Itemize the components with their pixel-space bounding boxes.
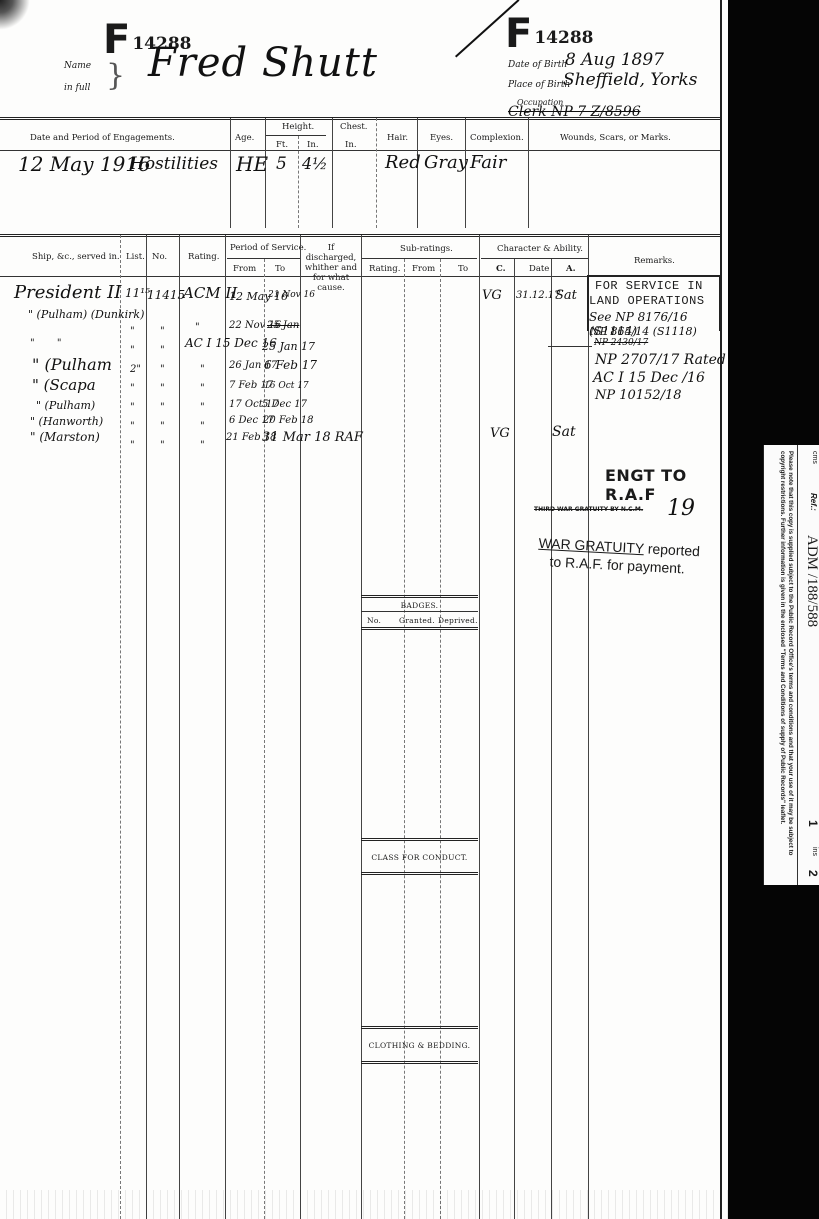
stamp-letter: F xyxy=(505,14,532,54)
remarks-np-5: AC I 15 Dec /16 xyxy=(593,370,705,386)
engagement-period: Hostilities xyxy=(130,154,218,174)
service-row-to: 31 Mar 18 RAF xyxy=(262,430,363,445)
gratuity-number: 19 xyxy=(667,496,695,521)
col-line xyxy=(588,235,589,1219)
character-a: Sat xyxy=(555,288,577,303)
remarks-arrow xyxy=(548,346,592,347)
service-row-to: 21 Nov 16 xyxy=(268,290,315,300)
stamp-line-1: FOR SERVICE IN xyxy=(595,279,703,293)
name-label: Name in full xyxy=(64,55,91,99)
col-line xyxy=(551,259,552,1219)
scan-noise-bottom xyxy=(0,1190,728,1219)
service-table-top xyxy=(0,234,720,237)
header-eyes: Eyes. xyxy=(430,133,453,143)
header-c: C. xyxy=(496,264,506,274)
service-row-to: 5 Dec 17 xyxy=(262,399,307,410)
page-edge-line xyxy=(720,0,722,1219)
header-no: No. xyxy=(152,252,167,262)
remarks-np-6: NP 10152/18 xyxy=(595,388,682,403)
stamp-line-2: LAND OPERATIONS xyxy=(589,294,705,308)
sticker-ref-label: Ref.: xyxy=(809,493,818,511)
col-line xyxy=(298,136,299,228)
engagement-table-top xyxy=(0,117,720,120)
header-complexion: Complexion. xyxy=(470,133,524,143)
col-line xyxy=(404,259,405,1219)
ditto-marks: " " 2" " " " " xyxy=(130,322,141,455)
header-sub-rating: Rating. xyxy=(369,264,400,274)
header-sub-to: To xyxy=(458,264,468,274)
conduct-bottom xyxy=(361,872,478,875)
ditto-marks: " " " " " " " xyxy=(160,322,165,455)
remarks-np-2: NP 865/14 (S1118) xyxy=(590,325,697,338)
age-value: HE xyxy=(236,152,268,176)
stamp-right: F 14288 xyxy=(505,14,593,54)
remarks-np-3: NP 2430/17 xyxy=(594,338,648,348)
service-row-ship: " (Hanworth) xyxy=(30,415,103,428)
brace: } xyxy=(106,58,125,93)
sticker-cms: cms xyxy=(811,451,818,464)
character-c: VG xyxy=(482,288,502,303)
clothing-bottom xyxy=(361,1061,478,1064)
sticker-notice: Please note that this copy is supplied s… xyxy=(778,451,794,881)
character-a: Sat xyxy=(552,424,576,440)
height-in-value: 4½ xyxy=(302,154,328,173)
hair-value: Red xyxy=(385,152,421,173)
service-row-to: 20 Feb 18 xyxy=(263,415,314,426)
col-line xyxy=(528,118,529,228)
sticker-mark-2: 2 xyxy=(806,870,819,877)
clothing-top xyxy=(361,1026,478,1029)
header-period: Period of Service. xyxy=(230,243,306,253)
header-rating: Rating. xyxy=(188,252,219,262)
sticker-ins: ins xyxy=(811,847,818,856)
service-row-ship: " (Pulham) xyxy=(36,399,95,412)
character-date: 31.12.17 xyxy=(516,290,561,301)
col-line xyxy=(417,118,418,228)
header-date: Date xyxy=(529,264,549,274)
archive-reference-sticker: cms Ref.: ADM /188/588 1 ins 2 Please no… xyxy=(763,445,819,885)
gratuity-struck: THIRD WAR GRATUITY BY N.C.M. xyxy=(534,506,643,513)
header-ft: Ft. xyxy=(276,140,288,150)
war-gratuity-stamp: WAR GRATUITY reported to R.A.F. for paym… xyxy=(537,534,700,578)
header-chest-in: In. xyxy=(345,140,357,150)
badges-no: No. xyxy=(367,616,381,625)
scan-corner-shadow xyxy=(0,0,30,30)
col-line xyxy=(146,235,147,1219)
dob-value: 8 Aug 1897 xyxy=(565,50,664,70)
badges-mid xyxy=(361,611,478,612)
subratings-underline xyxy=(362,258,477,259)
service-row-no: 11415 xyxy=(147,288,185,302)
ditto-marks: " " " " " xyxy=(200,360,205,455)
height-ft-value: 5 xyxy=(276,154,287,174)
service-row-rating: " xyxy=(195,322,200,333)
col-line xyxy=(465,118,466,228)
col-line xyxy=(514,259,515,1219)
eyes-value: Gray xyxy=(424,152,468,173)
header-subratings: Sub-ratings. xyxy=(400,244,453,254)
service-header-divider xyxy=(0,276,590,277)
header-in: In. xyxy=(307,140,319,150)
engagement-header-divider xyxy=(0,150,720,151)
header-age: Age. xyxy=(235,133,254,143)
character-underline xyxy=(481,258,588,259)
sticker-mark-1: 1 xyxy=(806,820,819,827)
stamp-letter: F xyxy=(103,20,130,60)
col-line xyxy=(225,235,226,1219)
complexion-value: Fair xyxy=(470,152,506,173)
service-row-to: 25 Jan xyxy=(267,320,299,331)
header-height: Height. xyxy=(282,122,314,132)
name-value: Fred Shutt xyxy=(148,40,378,86)
clothing-title: CLOTHING & BEDDING. xyxy=(361,1041,478,1050)
header-character: Character & Ability. xyxy=(497,244,583,254)
badges-deprived: Deprived. xyxy=(438,616,478,625)
badges-granted: Granted. xyxy=(399,616,435,625)
header-engagement: Date and Period of Engagements. xyxy=(30,133,175,143)
height-underline xyxy=(266,135,326,136)
col-line xyxy=(440,259,441,1219)
col-line xyxy=(479,235,480,1219)
badges-top xyxy=(361,595,478,598)
sticker-divider xyxy=(797,445,798,885)
service-row-ship: " (Scapa xyxy=(32,376,96,394)
col-line xyxy=(120,235,121,1219)
header-wounds: Wounds, Scars, or Marks. xyxy=(560,133,671,143)
header-hair: Hair. xyxy=(387,133,408,143)
header-list: List. xyxy=(126,252,145,262)
col-line xyxy=(361,235,362,1219)
sticker-ref-value: ADM /188/588 xyxy=(803,535,819,627)
col-line xyxy=(332,118,333,228)
character-c: VG xyxy=(490,426,510,441)
header-from: From xyxy=(233,264,256,274)
service-row-to: 16 Oct 17 xyxy=(264,381,309,391)
service-row-ship: President II xyxy=(14,282,121,303)
badges-title: BADGES. xyxy=(361,601,478,610)
service-row-to: 6 Feb 17 xyxy=(264,358,317,372)
header-sub-from: From xyxy=(412,264,435,274)
col-line xyxy=(179,235,180,1219)
header-chest: Chest. xyxy=(340,122,368,132)
header-to: To xyxy=(275,264,285,274)
service-row-to: 25 Jan 17 xyxy=(262,340,315,353)
header-remarks: Remarks. xyxy=(634,256,675,266)
header-ship: Ship, &c., served in. xyxy=(32,252,120,262)
badges-bottom xyxy=(361,627,478,630)
conduct-title: CLASS FOR CONDUCT. xyxy=(361,853,478,862)
sticker-content: cms Ref.: ADM /188/588 1 ins 2 Please no… xyxy=(764,445,819,885)
service-row-ship: " (Pulham xyxy=(32,355,112,374)
pob-label: Place of Birth xyxy=(508,80,570,90)
remarks-np-4: NP 2707/17 Rated xyxy=(595,352,726,368)
conduct-top xyxy=(361,838,478,841)
service-record-page: F 14288 Name in full } Fred Shutt F 1428… xyxy=(0,0,730,1219)
stamp-number: 14288 xyxy=(534,28,593,48)
header-a: A. xyxy=(566,264,576,274)
service-row-ship: " (Marston) xyxy=(30,430,100,444)
header-discharged: If discharged, whither and for what caus… xyxy=(302,243,360,293)
col-line xyxy=(376,118,377,228)
dob-label: Date of Birth xyxy=(508,60,567,70)
col-line xyxy=(230,118,231,228)
service-row-ship: " (Pulham) (Dunkirk) xyxy=(28,308,144,321)
pob-value: Sheffield, Yorks xyxy=(563,70,697,90)
service-row-ship: " " xyxy=(30,338,61,349)
